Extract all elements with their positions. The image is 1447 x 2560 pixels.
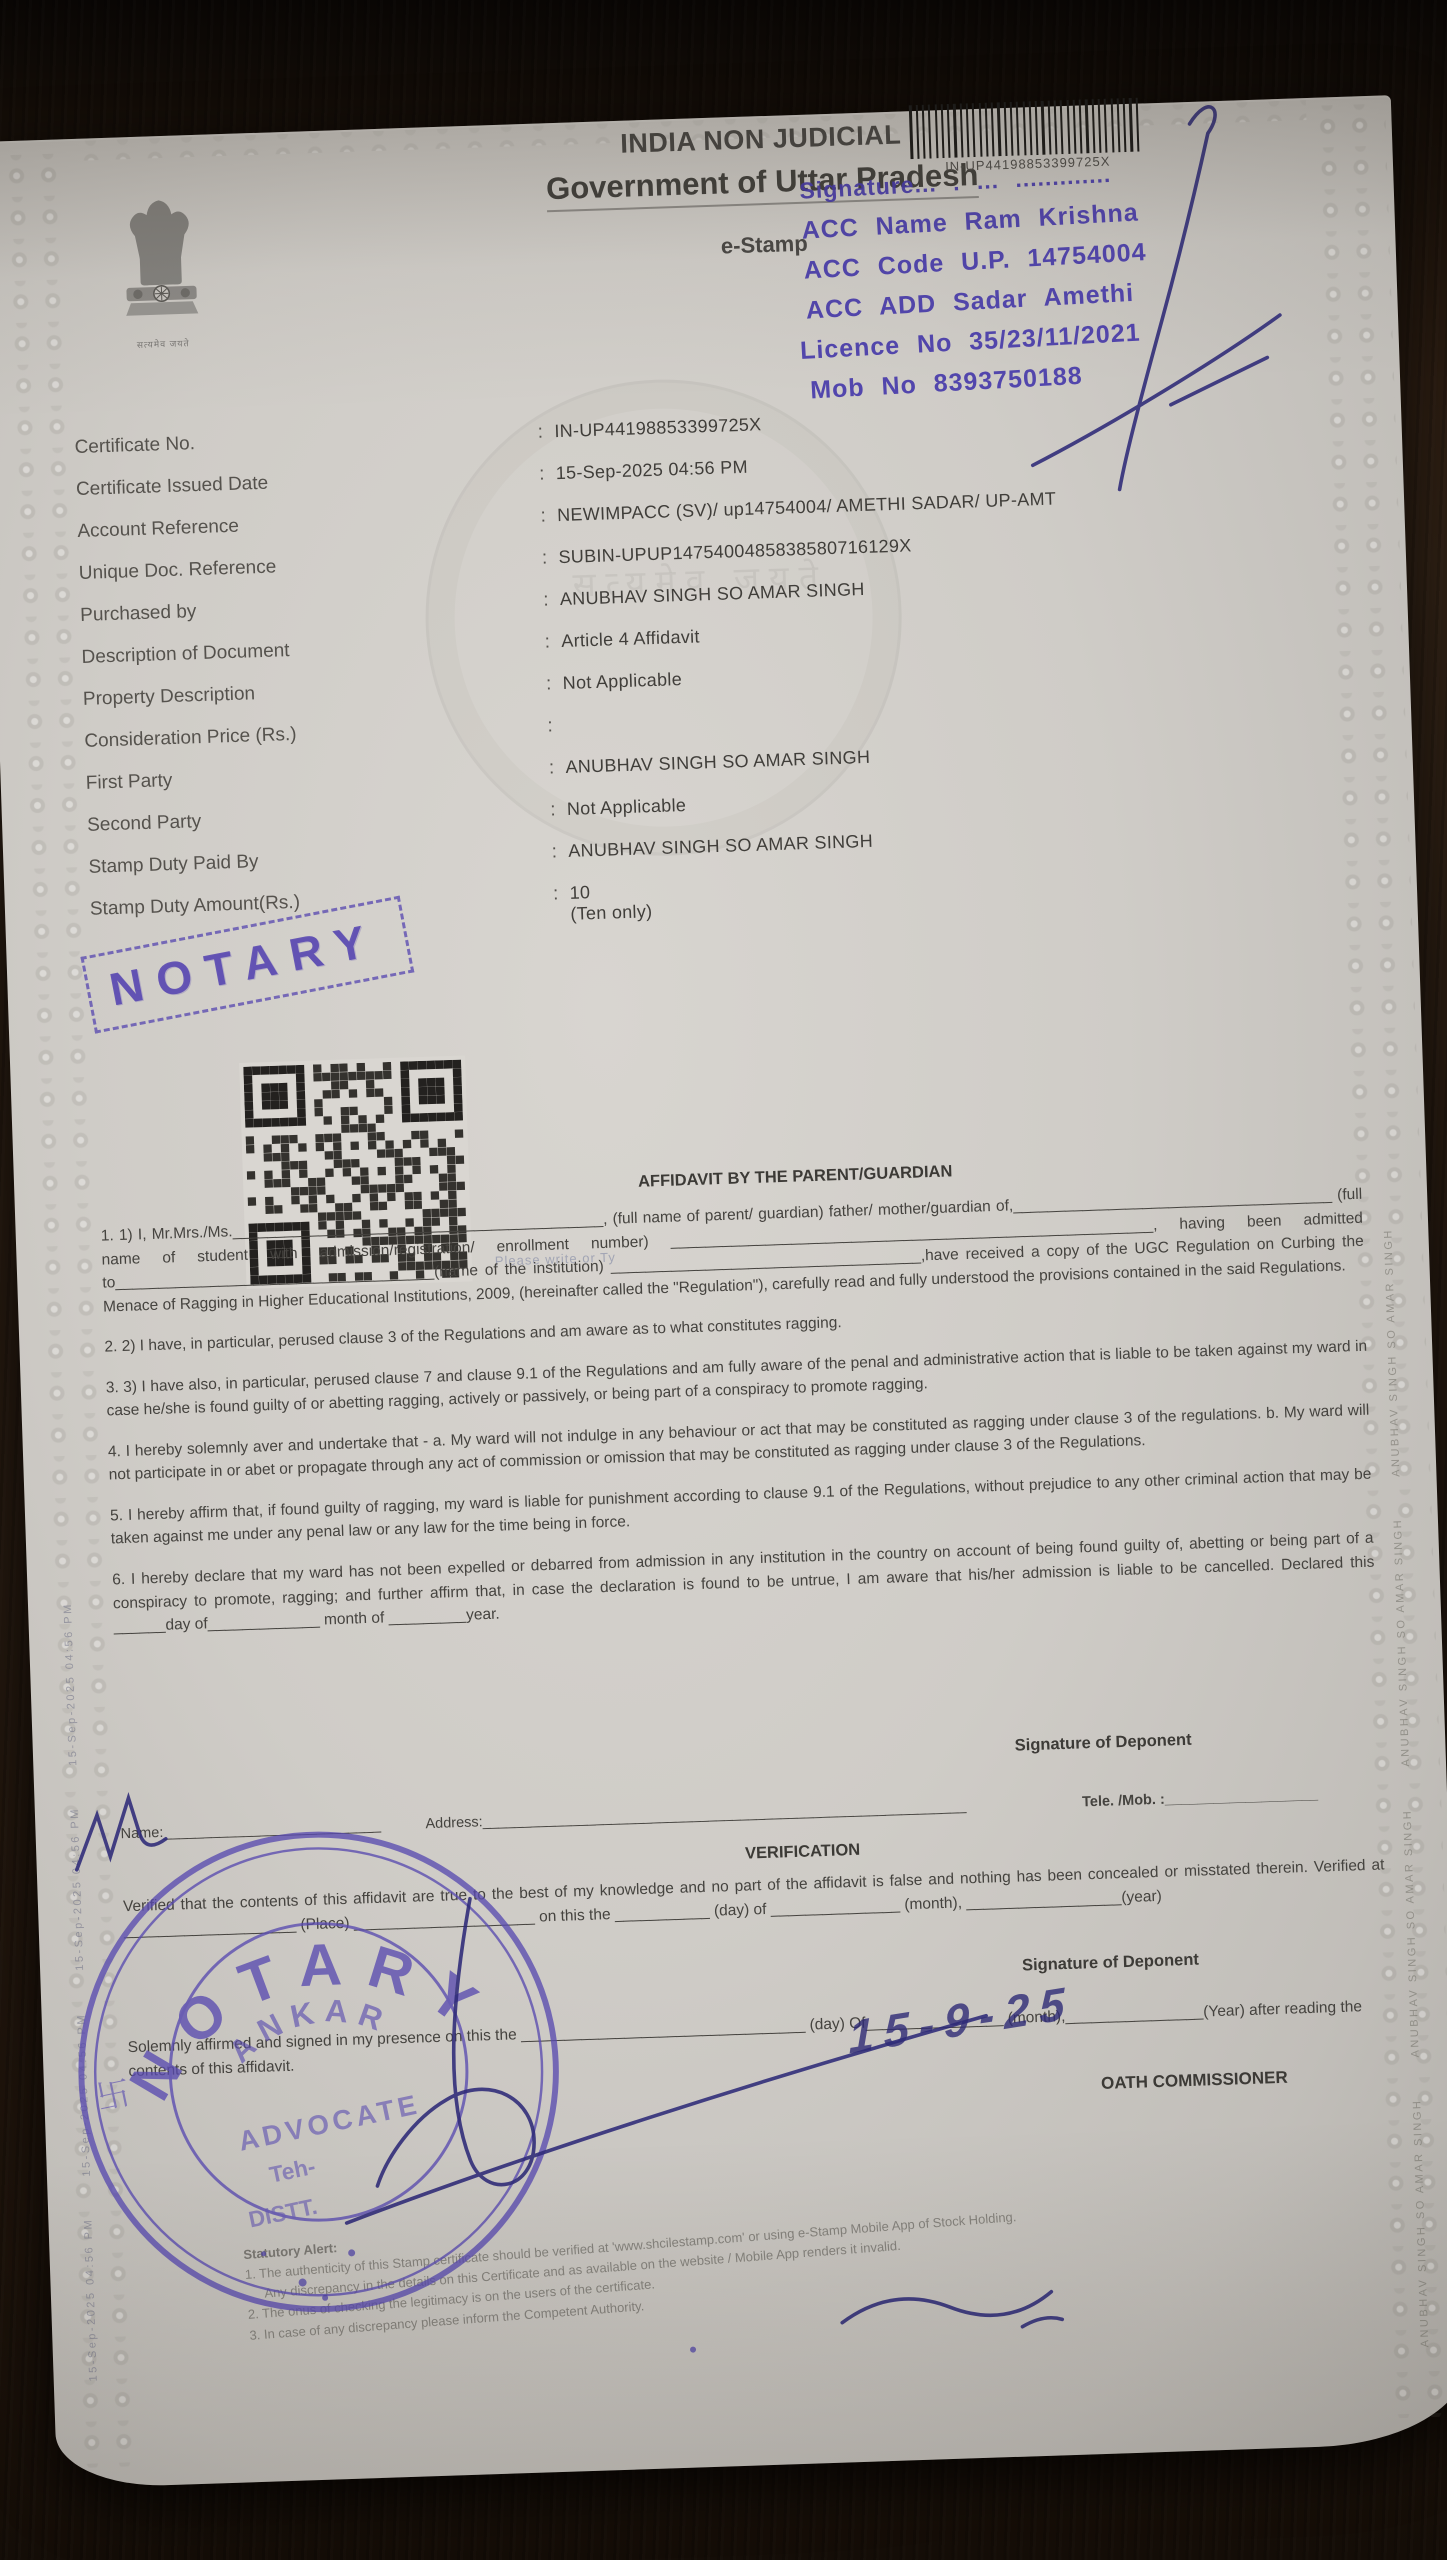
certificate-fields: Certificate No.:IN-UP44198853399725X Cer…	[74, 398, 1270, 941]
acc-rubber-stamp: Signature... . ... ............. ACC Nam…	[798, 141, 1370, 411]
stamp-paper-document: 15-Sep-2025 04:56 PM 15-Sep-2025 04:56 P…	[0, 95, 1447, 2489]
round-notary-seal: NOTARY ANKAR ADVOCATE Teh- DISTT. 卐	[53, 1806, 584, 2337]
affidavit-body: 1. 1) I, Mr.Mrs./Ms.____________________…	[100, 1183, 1376, 1656]
oath-commissioner-label: OATH COMMISSIONER	[984, 2064, 1404, 2098]
ink-blot	[690, 2347, 696, 2353]
seal-advocate-text: ADVOCATE	[236, 2088, 423, 2156]
seal-teh-text: Teh-	[267, 2153, 318, 2188]
barcode-bars	[907, 97, 1147, 159]
signature-of-deponent-label: Signature of Deponent	[880, 1946, 1340, 1980]
tele-blank: Tele. /Mob. :___________________	[1082, 1784, 1382, 1810]
seal-distt-text: DISTT.	[246, 2193, 319, 2233]
photo-background: 15-Sep-2025 04:56 PM 15-Sep-2025 04:56 P…	[0, 0, 1447, 2560]
emblem-caption: सत्यमेव जयते	[104, 335, 222, 352]
signature-of-deponent-label: Signature of Deponent	[873, 1726, 1333, 1760]
